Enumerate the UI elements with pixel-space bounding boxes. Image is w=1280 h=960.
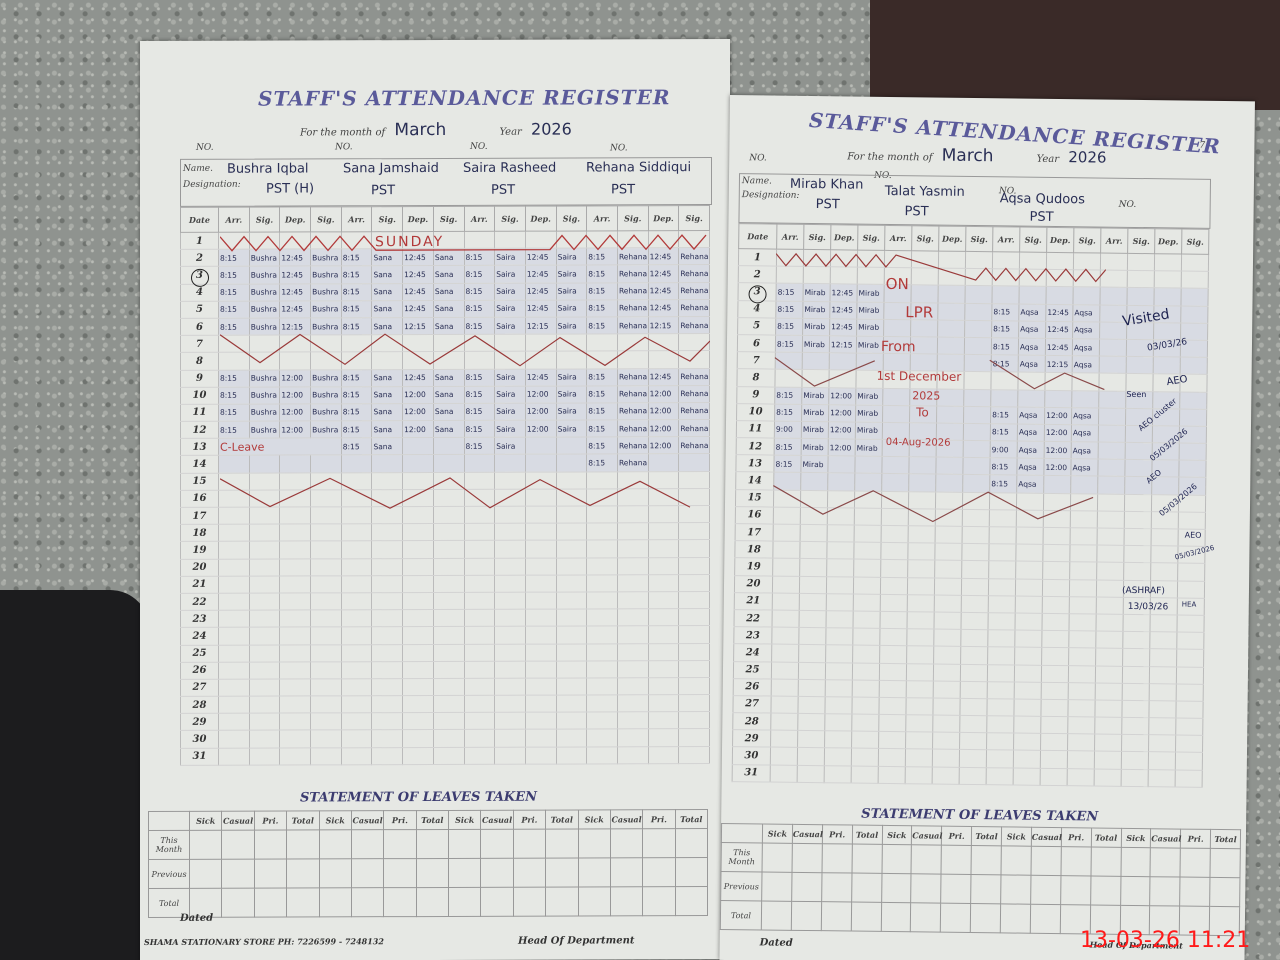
attendance-cell: 8:15 [776,318,803,336]
attendance-cell: 8:15 [587,420,618,437]
attendance-cell [965,269,992,287]
attendance-cell [587,351,618,368]
date-cell: 10 [181,387,219,404]
attendance-cell: 12:45 [403,283,434,300]
attendance-cell: Sana [372,403,403,420]
attendance-cell [679,334,710,351]
sunday-label: SUNDAY [375,234,444,250]
attendance-cell [1180,392,1207,410]
attendance-cell [772,644,799,662]
attendance-cell [556,592,587,609]
attendance-cell [403,575,434,592]
attendance-cell: 12:00 [1045,407,1072,425]
date-cell: 2 [738,266,776,284]
attendance-cell [403,335,434,352]
attendance-cell [857,250,884,268]
attendance-cell [433,558,464,575]
attendance-cell [799,610,826,628]
attendance-cell [1070,545,1097,563]
attendance-cell [959,750,986,768]
attendance-cell [617,231,648,248]
attendance-cell [1042,630,1069,648]
attendance-cell: Bushra [311,301,342,318]
staff-name-3: Saira Rasheed [463,161,556,176]
attendance-cell [587,695,618,712]
attendance-cell [989,561,1016,579]
attendance-cell [935,560,962,578]
attendance-cell [1016,544,1043,562]
attendance-cell [908,491,935,509]
attendance-cell [1151,563,1178,581]
register-page-right: STAFF'S ATTENDANCE REGISTER 7 For the mo… [719,95,1255,960]
attendance-cell [1177,615,1204,633]
attendance-cell [403,489,434,506]
table-row: 13C-Leave8:15Sana8:15Saira8:15Rehana12:0… [181,437,710,456]
attendance-cell [853,645,880,663]
attendance-cell: 12:00 [280,387,311,404]
attendance-cell: 12:45 [280,249,311,266]
date-cell: 14 [181,456,219,473]
attendance-cell [433,455,464,472]
attendance-cell: Aqsa [1018,338,1045,356]
attendance-cell [433,713,464,730]
attendance-cell [219,490,250,507]
attendance-cell [770,747,797,765]
attendance-cell [556,454,587,471]
attendance-cell [249,455,280,472]
attendance-cell [617,523,648,540]
attendance-cell [938,251,965,269]
col-sig: Sig. [966,226,993,251]
attendance-cell [1181,288,1208,306]
background-chair [0,590,150,960]
table-row: 8 [181,351,710,370]
attendance-cell [905,766,932,784]
attendance-cell [403,696,434,713]
attendance-cell: 12:00 [1044,459,1071,477]
col-sick: Sick [449,810,481,829]
attendance-cell [853,611,880,629]
attendance-cell: Sana [372,386,403,403]
attendance-cell: Rehana [679,420,710,437]
attendance-cell [1122,735,1149,753]
attendance-cell [934,629,961,647]
attendance-cell [1018,390,1045,408]
attendance-cell [906,698,933,716]
col-sick: Sick [319,811,351,830]
attendance-cell [803,249,830,267]
attendance-cell [587,575,618,592]
attendance-cell: 8:15 [587,368,618,385]
attendance-cell [311,730,342,747]
attendance-cell [960,715,987,733]
attendance-cell: 8:15 [464,266,495,283]
attendance-cell [679,626,710,643]
attendance-cell [311,593,342,610]
attendance-cell [1014,699,1041,717]
col-sig: Sig. [249,207,280,232]
col-total: Total [1091,828,1121,847]
attendance-cell: 12:15 [1045,355,1072,373]
attendance-cell [403,558,434,575]
table-row: 27 [181,677,710,696]
attendance-cell: 12:00 [648,385,679,402]
attendance-cell [403,455,434,472]
date-cell: 9 [181,370,219,387]
attendance-cell: Mirab [801,456,828,474]
attendance-cell [802,353,829,371]
attendance-cell: Saira [556,300,587,317]
col-casual: Casual [610,810,642,829]
attendance-cell [934,612,961,630]
attendance-cell [1176,701,1203,719]
attendance-cell [587,643,618,660]
attendance-cell [341,335,372,352]
attendance-cell [464,231,495,248]
register-title: STAFF'S ATTENDANCE REGISTER [258,85,670,110]
attendance-cell: 8:15 [587,437,618,454]
attendance-cell [852,697,879,715]
col-sig: Sig. [311,207,342,232]
attendance-cell: Saira [495,266,526,283]
table-row: 58:15Bushra12:45Bushra8:15Sana12:45Sana8… [181,299,710,318]
attendance-cell [311,679,342,696]
staff-designation-1: PST [816,197,840,212]
attendance-cell [280,473,311,490]
attendance-cell [938,285,965,303]
attendance-cell: 12:15 [648,317,679,334]
attendance-cell: Saira [495,403,526,420]
attendance-cell [825,697,852,715]
attendance-cell [882,474,909,492]
attendance-cell [280,679,311,696]
col-total: Total [546,810,578,829]
attendance-cell: 8:15 [219,267,250,284]
attendance-cell: 12:45 [830,301,857,319]
attendance-cell [679,677,710,694]
col-dep: Dep. [280,207,311,232]
attendance-cell [773,541,800,559]
attendance-cell [219,524,250,541]
attendance-cell [1096,648,1123,666]
attendance-cell [648,695,679,712]
attendance-cell [772,576,799,594]
attendance-cell [648,506,679,523]
attendance-cell: Aqsa [1019,321,1046,339]
attendance-cell: Rehana [617,317,648,334]
attendance-cell [1099,391,1126,409]
attendance-cell [219,731,250,748]
camera-timestamp: 13-03-26 11:21 [1080,928,1250,953]
attendance-cell [962,544,989,562]
attendance-cell [991,389,1018,407]
col-dep: Dep. [1155,229,1182,254]
attendance-cell: Mirab [856,388,883,406]
attendance-cell [341,507,372,524]
col-pri: Pri. [254,811,286,830]
attendance-cell [280,524,311,541]
attendance-cell [587,746,618,763]
attendance-cell [219,576,250,593]
attendance-cell [933,732,960,750]
attendance-cell [249,524,280,541]
attendance-cell [879,714,906,732]
attendance-cell [1044,476,1071,494]
attendance-cell: Rehana [617,265,648,282]
attendance-cell: 12:45 [280,301,311,318]
circled-date-3 [191,269,209,287]
attendance-cell [1123,614,1150,632]
col-total: Total [675,810,707,829]
attendance-cell [403,541,434,558]
attendance-cell [1099,356,1126,374]
col-total: Total [287,811,319,830]
attendance-cell: 9:00 [990,441,1017,459]
attendance-cell [963,475,990,493]
attendance-cell [1069,596,1096,614]
printer-info: SHAMA STATIONARY STORE PH: 7226599 - 724… [144,936,384,947]
attendance-cell [1098,442,1125,460]
remark-hea: HEA [1182,601,1197,609]
leave-row-this-month: This Month [149,829,708,860]
attendance-cell [1124,563,1151,581]
attendance-cell [219,713,250,730]
attendance-cell [774,473,801,491]
attendance-cell: Aqsa [1018,355,1045,373]
attendance-cell [1041,734,1068,752]
attendance-cell [556,695,587,712]
attendance-cell [775,369,802,387]
month-label: For the month of [847,151,932,163]
attendance-cell [679,471,710,488]
date-cell: 18 [181,524,219,541]
attendance-cell: 8:15 [219,387,250,404]
attendance-cell [797,748,824,766]
attendance-cell: 12:00 [525,403,556,420]
attendance-cell [964,389,991,407]
table-row: 128:15Bushra12:00Bushra8:15Sana12:00Sana… [181,420,710,439]
leave-statement-table-left: Sick Casual Pri. Total Sick Casual Pri. … [148,809,708,918]
col-casual: Casual [1151,829,1181,848]
attendance-cell [249,645,280,662]
attendance-cell [372,747,403,764]
attendance-cell [648,471,679,488]
attendance-cell [800,524,827,542]
attendance-cell [311,627,342,644]
attendance-cell: Saira [495,283,526,300]
attendance-cell [617,712,648,729]
attendance-cell [800,507,827,525]
attendance-cell: Mirab [855,422,882,440]
attendance-cell [934,578,961,596]
attendance-cell [433,730,464,747]
attendance-cell [937,406,964,424]
col-arr: Arr. [587,206,618,231]
attendance-cell [372,507,403,524]
attendance-cell [249,748,280,765]
attendance-rows-right: 1238:15Mirab12:45Mirab48:15Mirab12:45Mir… [732,249,1208,788]
attendance-cell [771,662,798,680]
attendance-cell: Aqsa [1072,339,1099,357]
attendance-cell: 12:00 [648,403,679,420]
attendance-cell [556,729,587,746]
attendance-cell [587,609,618,626]
attendance-cell: Aqsa [1071,442,1098,460]
attendance-cell: 8:15 [219,249,250,266]
attendance-cell [906,732,933,750]
attendance-cell: Rehana [679,368,710,385]
table-row: 31 [181,746,710,765]
attendance-cell [587,729,618,746]
attendance-cell [826,593,853,611]
attendance-cell: Bushra [249,421,280,438]
attendance-cell [617,351,648,368]
attendance-cell [648,454,679,471]
attendance-cell [964,337,991,355]
attendance-cell [1041,699,1068,717]
attendance-cell [965,303,992,321]
attendance-cell [881,525,908,543]
attendance-cell: 12:45 [525,369,556,386]
attendance-cell [525,455,556,472]
attendance-cell [280,748,311,765]
attendance-cell [824,748,851,766]
attendance-cell [679,591,710,608]
attendance-cell: 12:45 [648,299,679,316]
attendance-cell [617,540,648,557]
attendance-cell [1069,648,1096,666]
attendance-cell [799,628,826,646]
attendance-cell [883,388,910,406]
attendance-cell [771,696,798,714]
attendance-cell [617,592,648,609]
attendance-cell: Saira [556,248,587,265]
attendance-cell [464,713,495,730]
attendance-cell [826,645,853,663]
attendance-cell: Bushra [311,404,342,421]
attendance-cell [464,489,495,506]
attendance-cell [464,352,495,369]
attendance-cell [587,540,618,557]
attendance-cell [825,731,852,749]
attendance-cell [617,746,648,763]
attendance-cell [1043,562,1070,580]
attendance-cell [800,542,827,560]
register-page-left: STAFF'S ATTENDANCE REGISTER For the mont… [140,39,730,960]
date-cell: 12 [736,438,774,456]
attendance-cell [495,712,526,729]
attendance-cell [1015,630,1042,648]
attendance-cell [341,575,372,592]
date-cell: 10 [737,403,775,421]
col-sig: Sig. [495,206,526,231]
col-arr: Arr. [993,227,1020,252]
attendance-cell: Mirab [857,284,884,302]
attendance-cell [799,645,826,663]
attendance-cell: 8:15 [991,406,1018,424]
attendance-cell: Sana [433,300,464,317]
attendance-cell [311,335,342,352]
attendance-cell: C-Leave [219,438,342,456]
attendance-cell [853,594,880,612]
attendance-cell [433,592,464,609]
attendance-cell [648,488,679,505]
attendance-cell: Sana [372,266,403,283]
attendance-cell [852,663,879,681]
attendance-cell [909,457,936,475]
col-pri: Pri. [1181,829,1211,848]
attendance-cell [525,523,556,540]
attendance-cell: 8:15 [990,475,1017,493]
attendance-cell [1175,770,1202,788]
row-label: This Month [149,830,190,859]
attendance-cell [249,473,280,490]
attendance-cell [280,696,311,713]
attendance-cell [934,595,961,613]
attendance-cell [827,508,854,526]
attendance-cell [880,611,907,629]
attendance-cell [280,593,311,610]
attendance-cell [852,714,879,732]
attendance-cell: 12:00 [403,386,434,403]
attendance-cell [311,472,342,489]
attendance-cell: 8:15 [991,355,1018,373]
attendance-cell [1149,718,1176,736]
attendance-cell [341,644,372,661]
attendance-cell [1097,545,1124,563]
attendance-cell [1124,546,1151,564]
attendance-cell [556,540,587,557]
attendance-cell [932,767,959,785]
attendance-cell: 12:45 [280,283,311,300]
attendance-cell [1096,597,1123,615]
lpr-note-line-2: LPR [905,303,933,321]
attendance-cell [1043,545,1070,563]
attendance-cell [934,646,961,664]
attendance-cell: 12:00 [403,421,434,438]
attendance-cell [938,268,965,286]
attendance-cell: Rehana [679,402,710,419]
attendance-cell [965,251,992,269]
attendance-cell [776,266,803,284]
attendance-cell [960,698,987,716]
attendance-cell [963,440,990,458]
attendance-cell [495,472,526,489]
attendance-cell: 8:15 [464,420,495,437]
attendance-cell: Bushra [249,249,280,266]
attendance-cell: 8:15 [219,301,250,318]
date-cell: 25 [181,645,219,662]
attendance-cell [1178,512,1205,530]
attendance-cell [1100,253,1127,271]
attendance-cell [932,749,959,767]
attendance-cell [960,733,987,751]
attendance-cell [617,575,648,592]
col-date: Date [739,224,777,249]
attendance-cell [311,610,342,627]
attendance-cell [884,319,911,337]
attendance-cell [879,680,906,698]
attendance-cell [880,577,907,595]
attendance-cell: 12:45 [648,265,679,282]
table-row: 148:15Rehana [181,454,710,473]
attendance-cell [372,730,403,747]
leave-corner [721,823,762,842]
attendance-cell [495,678,526,695]
attendance-cell: 8:15 [992,303,1019,321]
attendance-cell [1179,443,1206,461]
attendance-cell [1070,562,1097,580]
